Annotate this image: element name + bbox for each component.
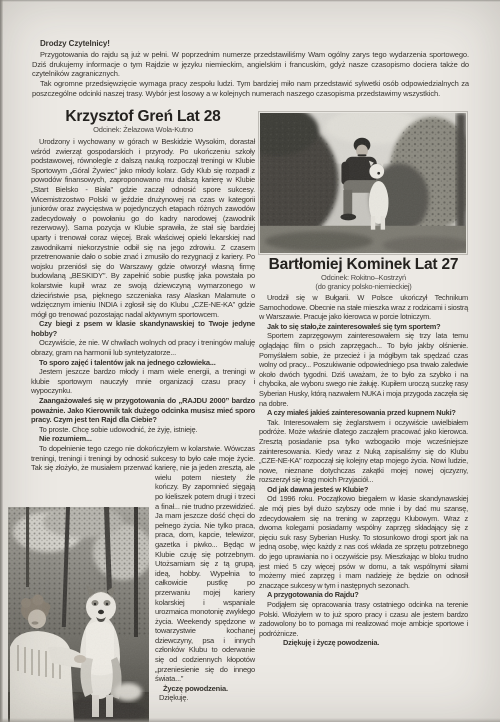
kominek-question-1: Jak to się stało,że zainteresowałeś się … bbox=[259, 322, 468, 332]
kominek-answer-2: Tak. Interesowałem się żeglarstwem i ocz… bbox=[259, 418, 468, 485]
kominek-title: Bartłomiej Kominek Lat 27 bbox=[259, 256, 468, 273]
magazine-scan-page: Drodzy Czytelnicy! Przygotowania do rajd… bbox=[0, 0, 500, 722]
gren-bio: Urodzony i wychowany w górach w Beskidzi… bbox=[31, 137, 255, 319]
kominek-answer-3: Od 1996 roku. Początkowo biegałem w klas… bbox=[259, 494, 468, 590]
kominek-subtitle-2: (do granicy polsko-niemieckiej) bbox=[259, 282, 468, 291]
photo-man-with-dog-illustration bbox=[260, 113, 466, 253]
gren-subtitle: Odcinek: Żelazowa Wola-Kutno bbox=[31, 125, 255, 134]
gren-question-4: Nie rozumiem... bbox=[31, 434, 255, 444]
intro-paragraph-2: Tak ogromne przedsięwzięcie wymaga pracy… bbox=[32, 79, 469, 99]
kominek-subtitle-1: Odcinek: Rokitno–Kostrzyń bbox=[259, 273, 468, 282]
kominek-question-3: Od jak dawna jesteś w Klubie? bbox=[259, 485, 468, 495]
kominek-question-2: A czy miałeś jakieś zainteresowania prze… bbox=[259, 408, 468, 418]
scan-edge-left bbox=[0, 0, 3, 722]
kominek-bio: Urodził się w Bułgarii. W Polsce ukończy… bbox=[259, 293, 468, 322]
gren-answer-2: Jestem jeszcze bardzo młody i mam wiele … bbox=[31, 367, 255, 396]
gren-answer-3: To proste. Chcę sobie udowodnić, że żyję… bbox=[31, 425, 255, 435]
kominek-answer-1: Sportem zaprzęgowym zainteresowałem się … bbox=[259, 331, 468, 408]
gren-answer-1: Oczywiście, że nie. W chwilach wolnych o… bbox=[31, 338, 255, 357]
scan-edge-bottom bbox=[0, 718, 500, 722]
gren-question-2: To sporo zajęć i talentów jak na jednego… bbox=[31, 358, 255, 368]
gren-title: Krzysztof Greń Lat 28 bbox=[31, 108, 255, 125]
photo-man-with-dog-in-bushes bbox=[258, 111, 468, 255]
gren-question-3: Zaangażowałeś się w przygotowania do „RA… bbox=[31, 396, 255, 425]
kominek-question-4: A przygotowania do Rajdu? bbox=[259, 590, 468, 600]
intro-heading: Drodzy Czytelnicy! bbox=[40, 39, 469, 49]
scan-edge-top bbox=[0, 0, 500, 2]
kominek-answer-4: Podjąłem się opracowania trasy ostatnieg… bbox=[259, 600, 468, 638]
photo-husky-illustration bbox=[8, 507, 149, 722]
article-kominek: Bartłomiej Kominek Lat 27 Odcinek: Rokit… bbox=[259, 256, 468, 648]
intro-paragraph-1: Przygotowania do rajdu są już w pełni. W… bbox=[32, 50, 469, 79]
gren-question-1: Czy biegi z psem w klasie skandynawskiej… bbox=[31, 319, 255, 338]
kominek-closing: Dziękuję i życzę powodzenia. bbox=[259, 638, 468, 648]
photo-person-holding-husky bbox=[8, 507, 149, 722]
intro-section: Drodzy Czytelnicy! Przygotowania do rajd… bbox=[32, 39, 469, 99]
